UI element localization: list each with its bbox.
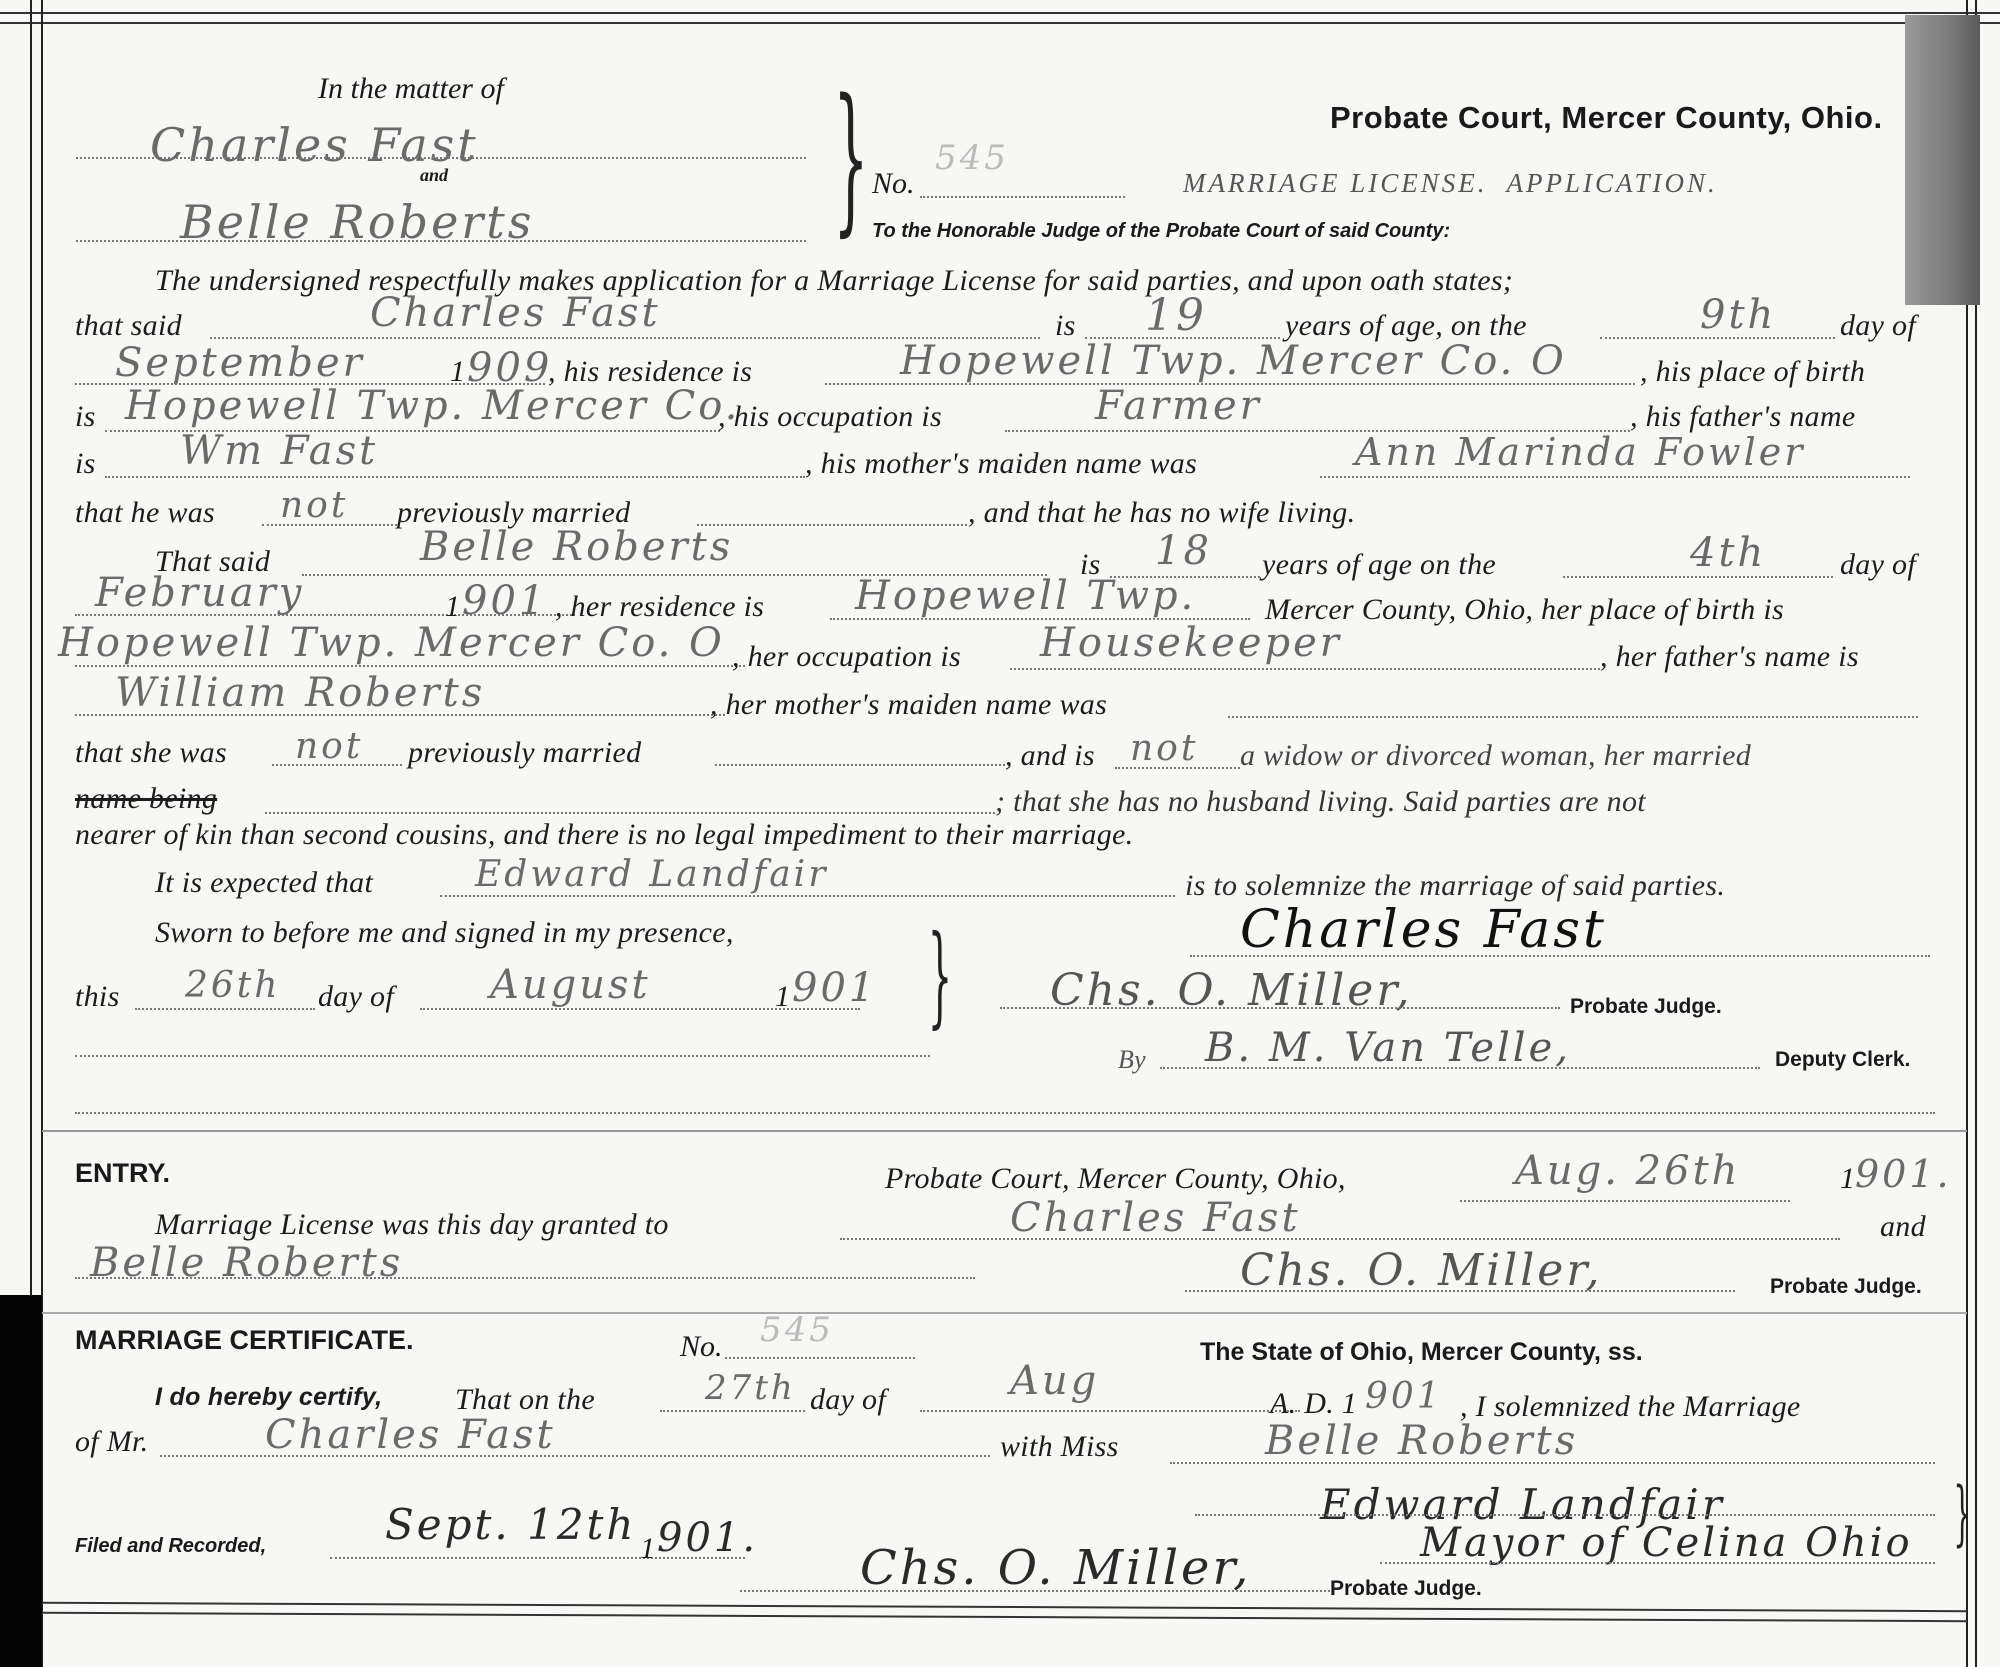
certificate-judge-signature: Chs. O. Miller,: [860, 1540, 1251, 1596]
groom-is-label-3: is: [75, 447, 96, 481]
bride-occupation: Housekeeper: [1040, 620, 1342, 666]
certify-day: 27th: [705, 1368, 796, 1408]
officiant-title: Mayor of Celina Ohio: [1420, 1520, 1913, 1566]
this-label: this: [75, 980, 120, 1014]
groom-prev-married-prefix: that he was: [75, 496, 215, 530]
section-divider-1: [75, 1112, 1935, 1114]
entry-judge-title: Probate Judge.: [1770, 1275, 1922, 1299]
certify-day-of: day of: [810, 1383, 886, 1417]
certify-ad-label: A. D. 1: [1270, 1387, 1357, 1421]
bride-widow-suffix: a widow or divorced woman, her married: [1240, 739, 1751, 773]
judge-title-1: Probate Judge.: [1570, 995, 1722, 1019]
groom-birthplace: Hopewell Twp. Mercer Co.: [125, 383, 740, 429]
entry-court-date-prefix: Probate Court, Mercer County, Ohio,: [885, 1162, 1346, 1196]
section-divider-3: [42, 1312, 1967, 1314]
of-mr-label: of Mr.: [75, 1425, 148, 1459]
sworn-day-line: [135, 1008, 315, 1010]
officiant-line: [440, 895, 1175, 897]
page-shadow: [1905, 15, 1980, 305]
sworn-brace: }: [928, 920, 953, 1030]
certify-month: Aug: [1010, 1358, 1099, 1404]
bride-widow-pre-line: [715, 764, 1005, 766]
bride-widow-prefix: , and is: [1005, 739, 1095, 773]
groom-mother-line: [1320, 476, 1910, 478]
filed-year: 901.: [657, 1515, 758, 1561]
entry-date-line: [1460, 1200, 1790, 1202]
bride-residence-label: , her residence is: [555, 590, 764, 624]
certificate-number: 545: [760, 1310, 834, 1350]
entry-date: Aug. 26th: [1515, 1148, 1740, 1194]
certify-month-line: [920, 1410, 1300, 1412]
filed-date: Sept. 12th: [385, 1500, 636, 1549]
groom-no-wife: , and that he has no wife living.: [968, 496, 1355, 530]
bottom-rule-2: [42, 1612, 1967, 1622]
matter-groom-name: Charles Fast: [150, 118, 479, 172]
groom-is-label-2: is: [75, 400, 96, 434]
sworn-month: August: [490, 962, 651, 1008]
bride-prev-married-value: not: [295, 726, 363, 767]
officiant-prefix: It is expected that: [155, 866, 373, 900]
officiant-suffix: is to solemnize the marriage of said par…: [1185, 869, 1725, 903]
groom-age: 19: [1145, 290, 1207, 341]
bride-father-line: [75, 714, 725, 716]
groom-birth-month: September: [115, 340, 365, 386]
groom-occupation-label: , his occupation is: [718, 400, 942, 434]
top-rule-2: [0, 22, 2000, 24]
groom-no-wife-line: [697, 524, 967, 526]
entry-judge-line: [1185, 1290, 1735, 1292]
entry-judge-signature: Chs. O. Miller,: [1240, 1245, 1603, 1296]
bride-birthplace: Hopewell Twp. Mercer Co. O: [58, 620, 725, 666]
bride-birthplace-line: [75, 665, 745, 667]
certify-groom: Charles Fast: [265, 1412, 556, 1458]
certify-bride: Belle Roberts: [1265, 1418, 1578, 1464]
in-the-matter-label: In the matter of: [318, 72, 504, 106]
clerk-signature: B. M. Van Telle,: [1205, 1025, 1571, 1071]
state-line: The State of Ohio, Mercer County, ss.: [1200, 1338, 1643, 1367]
bride-day-of: day of: [1840, 548, 1916, 582]
entry-and-label: and: [1880, 1210, 1926, 1244]
groom-father-label: , his father's name: [1630, 400, 1855, 434]
bride-occupation-line: [1010, 668, 1600, 670]
sworn-year-prefix: 1: [775, 980, 790, 1014]
bottom-rule-1: [42, 1602, 1967, 1612]
bride-no-husband: ; that she has no husband living. Said p…: [995, 785, 1646, 819]
bride-prev-married-prefix: that she was: [75, 736, 227, 770]
officiant-brace: }: [1953, 1478, 1971, 1548]
certify-bold: I do hereby certify,: [155, 1383, 382, 1412]
bride-mother-line: [1228, 716, 1918, 718]
section-divider-2: [42, 1130, 1967, 1132]
entry-year: 901.: [1855, 1152, 1952, 1196]
groom-occupation: Farmer: [1095, 383, 1262, 429]
number-label: No.: [872, 167, 915, 201]
groom-mother-label: , his mother's maiden name was: [805, 447, 1197, 481]
entry-granted-text: Marriage License was this day granted to: [155, 1208, 669, 1242]
officiant-signature-line: [1195, 1514, 1935, 1516]
bride-father: William Roberts: [115, 670, 485, 716]
sworn-blank-line-1: [75, 1055, 930, 1057]
entry-bride: Belle Roberts: [90, 1240, 403, 1286]
certificate-judge-title: Probate Judge.: [1330, 1577, 1482, 1601]
matter-brace: }: [833, 78, 869, 238]
groom-residence: Hopewell Twp. Mercer Co. O: [900, 338, 1567, 384]
entry-bride-line: [75, 1277, 975, 1279]
certificate-heading: MARRIAGE CERTIFICATE.: [75, 1325, 414, 1356]
top-rule-1: [0, 12, 2000, 14]
bride-occupation-label: , her occupation is: [732, 640, 961, 674]
applicant-signature-line: [1190, 955, 1930, 957]
entry-groom: Charles Fast: [1010, 1195, 1301, 1241]
bride-age-suffix: years of age on the: [1262, 548, 1496, 582]
groom-father: Wm Fast: [180, 428, 378, 474]
officiant-name: Edward Landfair: [475, 854, 828, 895]
bride-prev-married-suffix: previously married: [408, 736, 641, 770]
bride-birth-month: February: [95, 570, 304, 616]
number-line: [920, 196, 1125, 198]
sworn-day-of: day of: [318, 980, 394, 1014]
entry-year-prefix: 1: [1840, 1162, 1855, 1196]
sworn-year: 901: [792, 965, 877, 1011]
sworn-day: 26th: [185, 965, 280, 1006]
matter-line-1: [76, 157, 806, 159]
officiant-title-line: [1380, 1562, 1935, 1564]
bride-name-being-line: [265, 812, 995, 814]
with-miss-label: with Miss: [1000, 1430, 1119, 1464]
groom-name-value: Charles Fast: [370, 290, 661, 336]
by-label: By: [1118, 1045, 1146, 1075]
groom-mother: Ann Marinda Fowler: [1355, 430, 1805, 474]
certify-year: 901: [1365, 1376, 1443, 1417]
bride-widow-value: not: [1130, 728, 1198, 769]
certificate-number-line: [725, 1357, 915, 1359]
groom-father-line: [105, 476, 805, 478]
clerk-title: Deputy Clerk.: [1775, 1048, 1910, 1072]
groom-that-said: that said: [75, 309, 182, 343]
filed-label: Filed and Recorded,: [75, 1535, 266, 1558]
certificate-number-label: No.: [680, 1330, 723, 1364]
groom-birthplace-label: , his place of birth: [1640, 355, 1865, 389]
certificate-judge-line: [740, 1590, 1330, 1592]
matter-line-2: [76, 240, 806, 242]
license-number: 545: [935, 138, 1009, 178]
honorable-judge-line: To the Honorable Judge of the Probate Co…: [872, 220, 1450, 243]
groom-prev-married-value: not: [280, 485, 348, 526]
bride-birthday-line: [1563, 576, 1833, 578]
court-header: Probate Court, Mercer County, Ohio.: [1330, 100, 1883, 136]
scan-edge-shadow: [0, 1295, 42, 1667]
kin-line: nearer of kin than second cousins, and t…: [75, 818, 1133, 852]
bride-name-being-label: name being: [75, 782, 217, 816]
bride-age: 18: [1155, 528, 1212, 574]
filed-year-prefix: 1: [640, 1532, 655, 1566]
sworn-line: Sworn to before me and signed in my pres…: [155, 916, 734, 950]
bride-year-prefix: 1: [445, 590, 460, 624]
bride-name-value: Belle Roberts: [420, 524, 733, 570]
and-label: and: [420, 165, 448, 186]
bride-residence-suffix: Mercer County, Ohio, her place of birth …: [1265, 593, 1784, 627]
bride-birth-day: 4th: [1690, 530, 1766, 576]
application-intro: The undersigned respectfully makes appli…: [155, 264, 1513, 298]
groom-birth-day: 9th: [1700, 292, 1776, 338]
bride-birth-year: 901: [462, 578, 547, 624]
bride-father-label: , her father's name is: [1600, 640, 1859, 674]
form-title: MARRIAGE LICENSE. APPLICATION.: [1183, 168, 1718, 199]
entry-groom-line: [840, 1238, 1840, 1240]
bride-mother-label: , her mother's maiden name was: [710, 688, 1107, 722]
certify-day-line: [660, 1410, 805, 1412]
judge-signature-line-1: [1000, 1007, 1560, 1009]
applicant-signature: Charles Fast: [1240, 900, 1607, 960]
groom-day-of: day of: [1840, 309, 1916, 343]
bride-residence: Hopewell Twp.: [855, 573, 1196, 619]
entry-heading: ENTRY.: [75, 1158, 170, 1189]
